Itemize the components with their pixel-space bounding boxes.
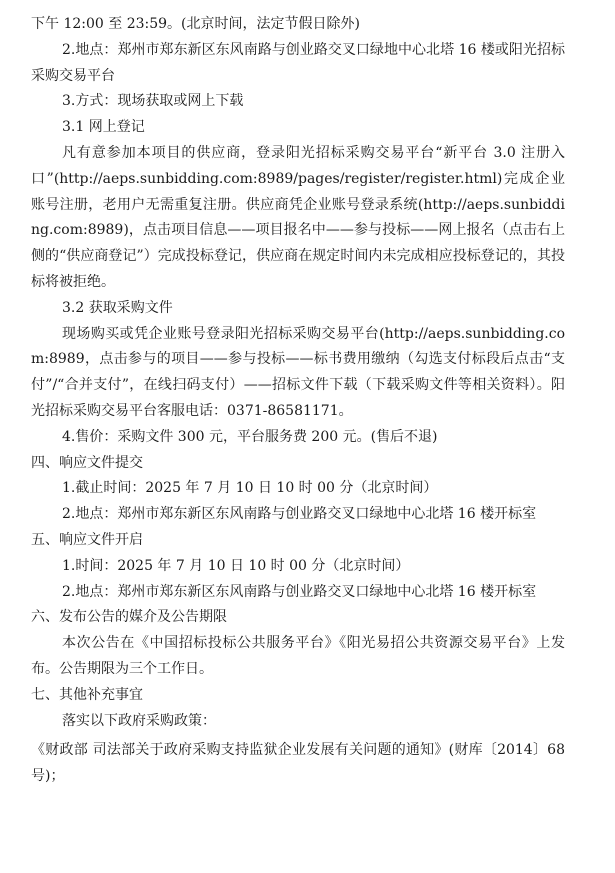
section-6-heading: 六、发布公告的媒介及公告期限 xyxy=(31,605,565,631)
section-7-heading: 七、其他补充事宜 xyxy=(31,683,565,709)
section-6-body: 本次公告在《中国招标投标公共服务平台》《阳光易招公共资源交易平台》上发布。公告期… xyxy=(31,631,565,683)
policy-item: 《财政部 司法部关于政府采购支持监狱企业发展有关问题的通知》(财库〔2014〕6… xyxy=(31,738,565,790)
section-7-intro: 落实以下政府采购政策： xyxy=(31,709,565,735)
time-tail-text: 下午 12:00 至 23:59。(北京时间，法定节假日除外) xyxy=(31,12,565,38)
section-5-time: 1.时间：2025 年 7 月 10 日 10 时 00 分（北京时间） xyxy=(31,554,565,580)
section-4-location: 2.地点：郑州市郑东新区东风南路与创业路交叉口绿地中心北塔 16 楼开标室 xyxy=(31,502,565,528)
section-4-deadline: 1.截止时间：2025 年 7 月 10 日 10 时 00 分（北京时间） xyxy=(31,476,565,502)
price-text: 4.售价：采购文件 300 元，平台服务费 200 元。(售后不退) xyxy=(31,425,565,451)
section-5-location: 2.地点：郑州市郑东新区东风南路与创业路交叉口绿地中心北塔 16 楼开标室 xyxy=(31,580,565,606)
get-docs-body: 现场购买或凭企业账号登录阳光招标采购交易平台(http://aeps.sunbi… xyxy=(31,322,565,425)
section-4-heading: 四、响应文件提交 xyxy=(31,451,565,477)
document-body: 下午 12:00 至 23:59。(北京时间，法定节假日除外) 2.地点：郑州市… xyxy=(31,12,565,790)
method-text: 3.方式：现场获取或网上下载 xyxy=(31,89,565,115)
location-text: 2.地点：郑州市郑东新区东风南路与创业路交叉口绿地中心北塔 16 楼或阳光招标采… xyxy=(31,38,565,90)
online-register-heading: 3.1 网上登记 xyxy=(31,115,565,141)
online-register-body: 凡有意参加本项目的供应商，登录阳光招标采购交易平台“新平台 3.0 注册入口”(… xyxy=(31,141,565,296)
get-docs-heading: 3.2 获取采购文件 xyxy=(31,296,565,322)
section-5-heading: 五、响应文件开启 xyxy=(31,528,565,554)
